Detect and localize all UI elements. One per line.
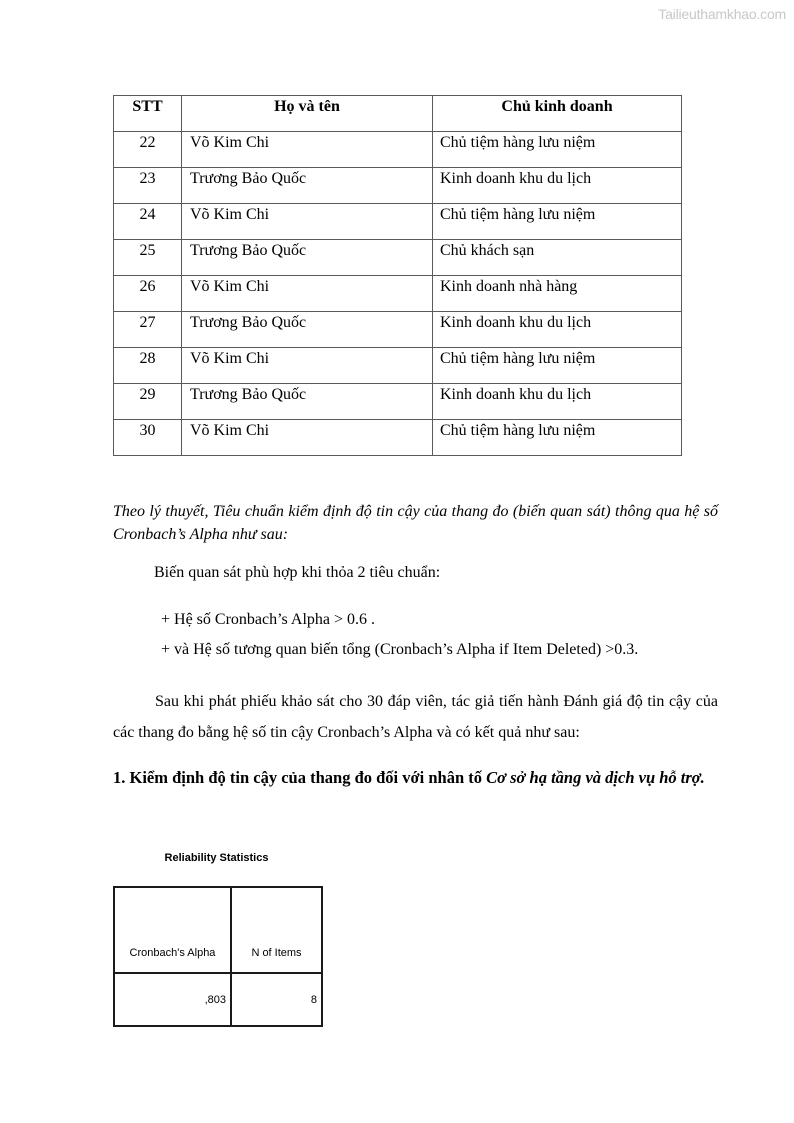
section-heading-bold: 1. Kiểm định độ tin cậy của thang đo đối… [113,768,486,787]
header-cronbach-alpha: Cronbach's Alpha [114,887,231,973]
reliability-statistics-table: Cronbach's Alpha N of Items ,803 8 [113,886,323,1027]
cell-name: Võ Kim Chi [182,204,433,240]
cell-name: Võ Kim Chi [182,420,433,456]
header-name: Họ và tên [182,96,433,132]
table-row: 26Võ Kim ChiKinh doanh nhà hàng [114,276,682,312]
cell-stt: 29 [114,384,182,420]
cell-business: Chủ tiệm hàng lưu niệm [433,420,682,456]
table-row: 24Võ Kim ChiChủ tiệm hàng lưu niệm [114,204,682,240]
cell-name: Trương Bảo Quốc [182,168,433,204]
table-row: 23Trương Bảo QuốcKinh doanh khu du lịch [114,168,682,204]
cell-stt: 25 [114,240,182,276]
cell-stt: 23 [114,168,182,204]
table-row: 27Trương Bảo QuốcKinh doanh khu du lịch [114,312,682,348]
cell-business: Kinh doanh nhà hàng [433,276,682,312]
cell-business: Chủ tiệm hàng lưu niệm [433,204,682,240]
cell-business: Chủ tiệm hàng lưu niệm [433,132,682,168]
table-header-row: STT Họ và tên Chủ kinh doanh [114,96,682,132]
table-row: 30Võ Kim ChiChủ tiệm hàng lưu niệm [114,420,682,456]
table-row: 25Trương Bảo QuốcChủ khách sạn [114,240,682,276]
cell-business: Kinh doanh khu du lịch [433,384,682,420]
criteria-intro: Biến quan sát phù hợp khi thỏa 2 tiêu ch… [154,561,440,584]
cell-name: Trương Bảo Quốc [182,384,433,420]
cell-name: Võ Kim Chi [182,132,433,168]
header-n-of-items: N of Items [231,887,322,973]
cell-name: Trương Bảo Quốc [182,312,433,348]
section-heading: 1. Kiểm định độ tin cậy của thang đo đối… [113,762,718,793]
cell-stt: 28 [114,348,182,384]
theory-paragraph: Theo lý thuyết, Tiêu chuẩn kiểm định độ … [113,500,718,546]
spss-value-row: ,803 8 [114,973,322,1026]
cell-stt: 26 [114,276,182,312]
cell-business: Kinh doanh khu du lịch [433,312,682,348]
value-cronbach-alpha: ,803 [114,973,231,1026]
watermark: Tailieuthamkhao.com [658,6,786,22]
cell-stt: 30 [114,420,182,456]
header-business: Chủ kinh doanh [433,96,682,132]
result-paragraph: Sau khi phát phiếu khảo sát cho 30 đáp v… [113,686,718,748]
table-row: 28Võ Kim ChiChủ tiệm hàng lưu niệm [114,348,682,384]
spss-header-row: Cronbach's Alpha N of Items [114,887,322,973]
cell-business: Kinh doanh khu du lịch [433,168,682,204]
cell-name: Trương Bảo Quốc [182,240,433,276]
table-row: 29Trương Bảo QuốcKinh doanh khu du lịch [114,384,682,420]
cell-business: Chủ tiệm hàng lưu niệm [433,348,682,384]
cell-stt: 22 [114,132,182,168]
header-stt: STT [114,96,182,132]
table-row: 22Võ Kim ChiChủ tiệm hàng lưu niệm [114,132,682,168]
cell-name: Võ Kim Chi [182,276,433,312]
cell-stt: 24 [114,204,182,240]
cell-stt: 27 [114,312,182,348]
section-heading-italic: Cơ sở hạ tầng và dịch vụ hỗ trợ. [486,768,705,787]
cell-name: Võ Kim Chi [182,348,433,384]
cell-business: Chủ khách sạn [433,240,682,276]
value-n-of-items: 8 [231,973,322,1026]
participants-table: STT Họ và tên Chủ kinh doanh 22Võ Kim Ch… [113,95,682,456]
criterion-2: + và Hệ số tương quan biến tổng (Cronbac… [161,638,638,661]
criterion-1: + Hệ số Cronbach’s Alpha > 0.6 . [161,608,375,631]
reliability-statistics-title: Reliability Statistics [113,852,320,864]
